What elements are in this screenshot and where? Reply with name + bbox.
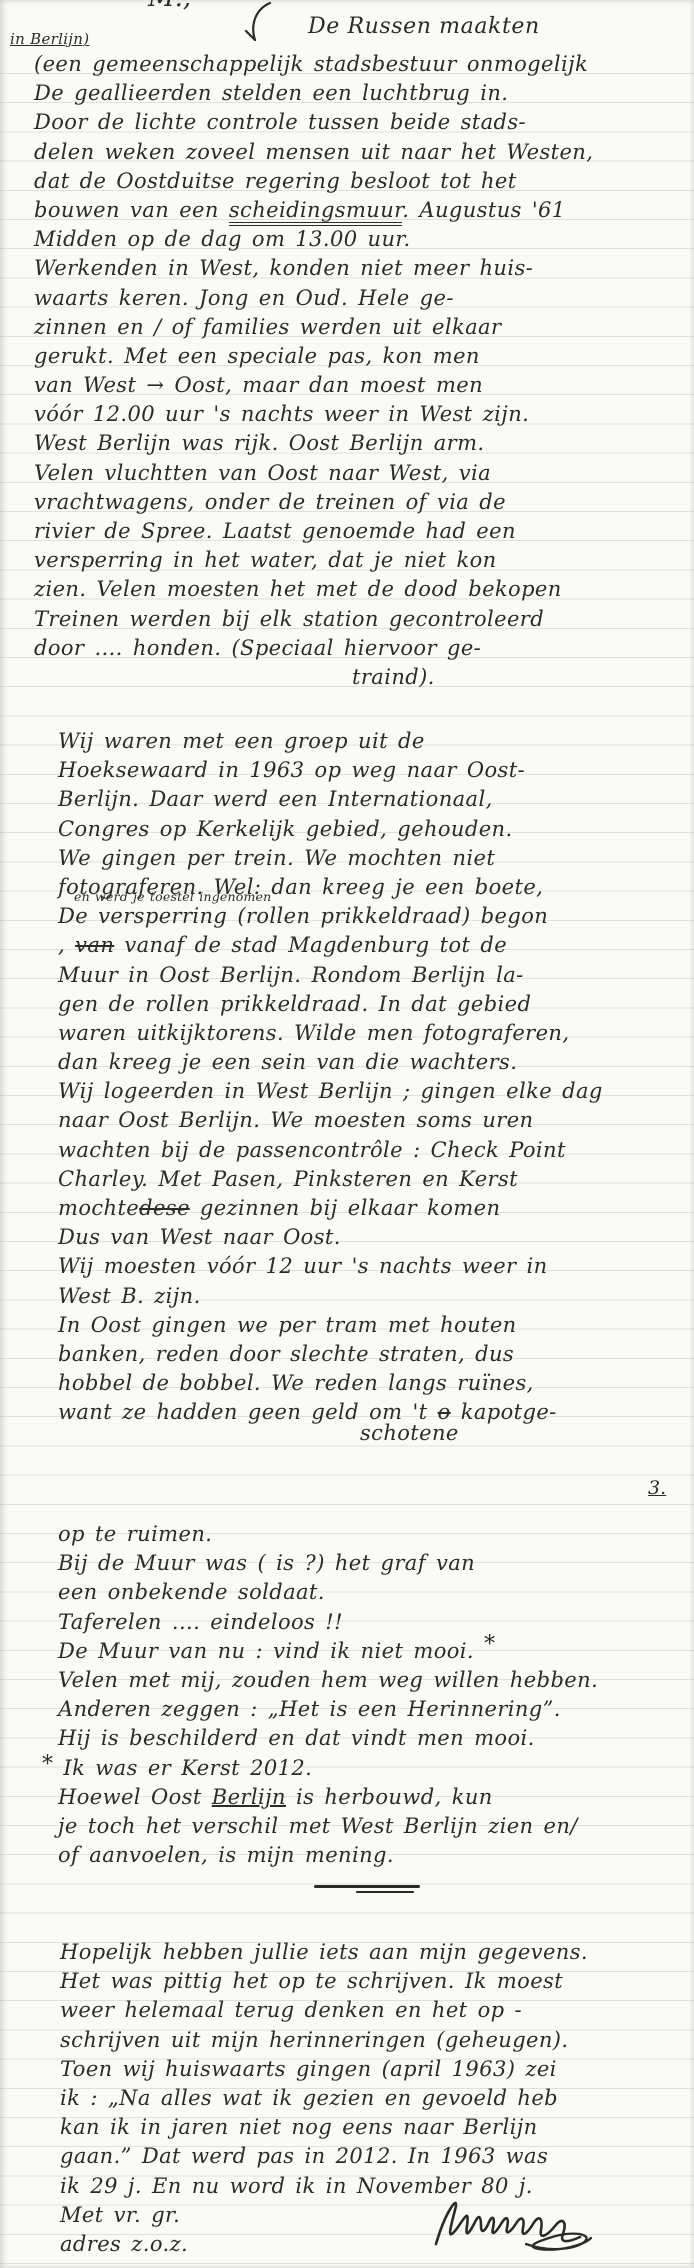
asterisk-mark: * — [484, 1632, 495, 1657]
letter-line: We gingen per trein. We mochten niet — [58, 844, 603, 873]
letter-line: gerukt. Met een speciale pas, kon men — [34, 342, 593, 371]
line-text: vanaf de stad Magdenburg tot de — [114, 933, 507, 957]
paragraph-b: Wij waren met een groep uit de Hoeksewaa… — [58, 727, 603, 1448]
struck-word: van — [75, 933, 114, 957]
letter-line: Hoewel Oost Berlijn is herbouwd, kun — [58, 1783, 598, 1812]
letter-line: door .... honden. (Speciaal hiervoor ge- — [34, 634, 593, 663]
cut-off-text-fragment: M., — [148, 0, 191, 13]
line-text: mochte — [58, 1196, 139, 1220]
letter-line: *Ik was er Kerst 2012. — [42, 1754, 598, 1783]
line-text: Ik was er Kerst 2012. — [63, 1756, 312, 1780]
letter-line: want ze hadden geen geld om 't o kapotge… — [58, 1398, 603, 1427]
opening-line: De Russen maakten — [308, 14, 540, 39]
interline-insert: en werd je toestel ingenomen — [74, 889, 271, 904]
letter-line: wachten bij de passencontrôle : Check Po… — [58, 1136, 603, 1165]
letter-line: Velen vluchtten van Oost naar West, via — [34, 459, 593, 488]
letter-line: Toen wij huiswaarts gingen (april 1963) … — [60, 2055, 588, 2084]
line-text: gezinnen bij elkaar komen — [190, 1196, 501, 1220]
letter-line: Wij logeerden in West Berlijn ; gingen e… — [58, 1077, 603, 1106]
underlined-word: Berlijn — [212, 1785, 286, 1809]
pen-hook-icon — [242, 0, 276, 54]
line-text: De Muur van nu : vind ik niet mooi. — [58, 1639, 474, 1663]
letter-line: van West → Oost, maar dan moest men — [34, 371, 593, 400]
letter-line: waarts keren. Jong en Oud. Hele ge- — [34, 284, 593, 313]
letter-line: Taferelen .... eindeloos !! — [58, 1608, 598, 1637]
letter-line: Hopelijk hebben jullie iets aan mijn geg… — [60, 1938, 588, 1967]
line-text: Hoewel Oost — [58, 1785, 212, 1809]
letter-line: schrijven uit mijn herinneringen (geheug… — [60, 2026, 588, 2055]
section-divider — [314, 1885, 420, 1893]
letter-line: gaan.” Dat werd pas in 2012. In 1963 was — [60, 2142, 588, 2171]
line-text: bouwen van een — [34, 198, 229, 222]
letter-line: op te ruimen. — [58, 1520, 598, 1549]
letter-line: West Berlijn was rijk. Oost Berlijn arm. — [34, 429, 593, 458]
line-text: . Augustus '61 — [402, 198, 565, 222]
letter-line: ik : „Na alles wat ik gezien en gevoeld … — [60, 2084, 588, 2113]
paragraph-a: (een gemeenschappelijk stadsbestuur onmo… — [34, 50, 593, 692]
letter-line: De geallieerden stelden een luchtbrug in… — [34, 79, 593, 108]
letter-line: zien. Velen moesten het met de dood beko… — [34, 575, 593, 604]
letter-line: delen weken zoveel mensen uit naar het W… — [34, 138, 593, 167]
struck-word: dese — [139, 1196, 190, 1220]
letter-line: Hij is beschilderd en dat vindt men mooi… — [58, 1724, 598, 1753]
margin-note: in Berlijn) — [10, 30, 89, 48]
letter-line: Charley. Met Pasen, Pinksteren en Kerst — [58, 1165, 603, 1194]
letter-line: dat de Oostduitse regering besloot tot h… — [34, 167, 593, 196]
letter-line: (een gemeenschappelijk stadsbestuur onmo… — [34, 50, 593, 79]
letter-line: De versperring (rollen prikkeldraad) beg… — [58, 902, 603, 931]
letter-line: zinnen en / of families werden uit elkaa… — [34, 313, 593, 342]
divider-stroke — [356, 1891, 414, 1893]
letter-line: Het was pittig het op te schrijven. Ik m… — [60, 1967, 588, 1996]
letter-line: een onbekende soldaat. — [58, 1578, 598, 1607]
line-text: kapotge- — [451, 1400, 557, 1424]
scanned-letter-page: M., De Russen maakten in Berlijn) (een g… — [0, 0, 694, 2268]
letter-line: Muur in Oost Berlijn. Rondom Berlijn la- — [58, 961, 603, 990]
divider-stroke — [314, 1885, 420, 1888]
letter-line: Wij waren met een groep uit de — [58, 727, 603, 756]
letter-line: versperring in het water, dat je niet ko… — [34, 546, 593, 575]
line-text: is herbouwd, kun — [286, 1785, 493, 1809]
letter-line: je toch het verschil met West Berlijn zi… — [58, 1812, 598, 1841]
letter-line: Bij de Muur was ( is ?) het graf van — [58, 1549, 598, 1578]
line-text: , — [58, 933, 75, 957]
page-number: 3. — [648, 1477, 666, 1499]
signature-icon — [428, 2182, 600, 2266]
underlined-word: scheidingsmuur — [229, 198, 402, 226]
letter-line: of aanvoelen, is mijn mening. — [58, 1841, 598, 1870]
letter-line: dan kreeg je een sein van die wachters. — [58, 1048, 603, 1077]
letter-line: bouwen van een scheidingsmuur. Augustus … — [34, 196, 593, 225]
letter-line: vrachtwagens, onder de treinen of via de — [34, 488, 593, 517]
letter-line: Wij moesten vóór 12 uur 's nachts weer i… — [58, 1252, 603, 1281]
letter-line: naar Oost Berlijn. We moesten soms uren — [58, 1106, 603, 1135]
letter-line: vóór 12.00 uur 's nachts weer in West zi… — [34, 400, 593, 429]
letter-line: Midden op de dag om 13.00 uur. — [34, 225, 593, 254]
letter-line: kan ik in jaren niet nog eens naar Berli… — [60, 2113, 588, 2142]
letter-line: Congres op Kerkelijk gebied, gehouden. — [58, 815, 603, 844]
letter-line: weer helemaal terug denken en het op - — [60, 1996, 588, 2025]
letter-line: hobbel de bobbel. We reden langs ruïnes, — [58, 1369, 603, 1398]
letter-line: mochtedese gezinnen bij elkaar komen — [58, 1194, 603, 1223]
letter-line: De Muur van nu : vind ik niet mooi. * — [58, 1637, 598, 1666]
letter-line: rivier de Spree. Laatst genoemde had een — [34, 517, 593, 546]
letter-line: Treinen werden bij elk station gecontrol… — [34, 605, 593, 634]
letter-line: gen de rollen prikkeldraad. In dat gebie… — [58, 990, 603, 1019]
letter-line: waren uitkijktorens. Wilde men fotografe… — [58, 1019, 603, 1048]
letter-line: , van vanaf de stad Magdenburg tot de — [58, 931, 603, 960]
letter-line: In Oost gingen we per tram met houten — [58, 1311, 603, 1340]
letter-line: Anderen zeggen : „Het is een Herinnering… — [58, 1695, 598, 1724]
letter-line: Berlijn. Daar werd een Internationaal, — [58, 785, 603, 814]
letter-line: West B. zijn. — [58, 1282, 603, 1311]
letter-line: Velen met mij, zouden hem weg willen heb… — [58, 1666, 598, 1695]
asterisk-mark: * — [42, 1752, 53, 1777]
letter-line: banken, reden door slechte straten, dus — [58, 1340, 603, 1369]
letter-line: traind). — [352, 663, 593, 692]
letter-line: Dus van West naar Oost. — [58, 1223, 603, 1252]
letter-line: Door de lichte controle tussen beide sta… — [34, 108, 593, 137]
letter-line: Werkenden in West, konden niet meer huis… — [34, 254, 593, 283]
paragraph-c: op te ruimen. Bij de Muur was ( is ?) he… — [58, 1520, 598, 1870]
letter-line: Hoeksewaard in 1963 op weg naar Oost- — [58, 756, 603, 785]
